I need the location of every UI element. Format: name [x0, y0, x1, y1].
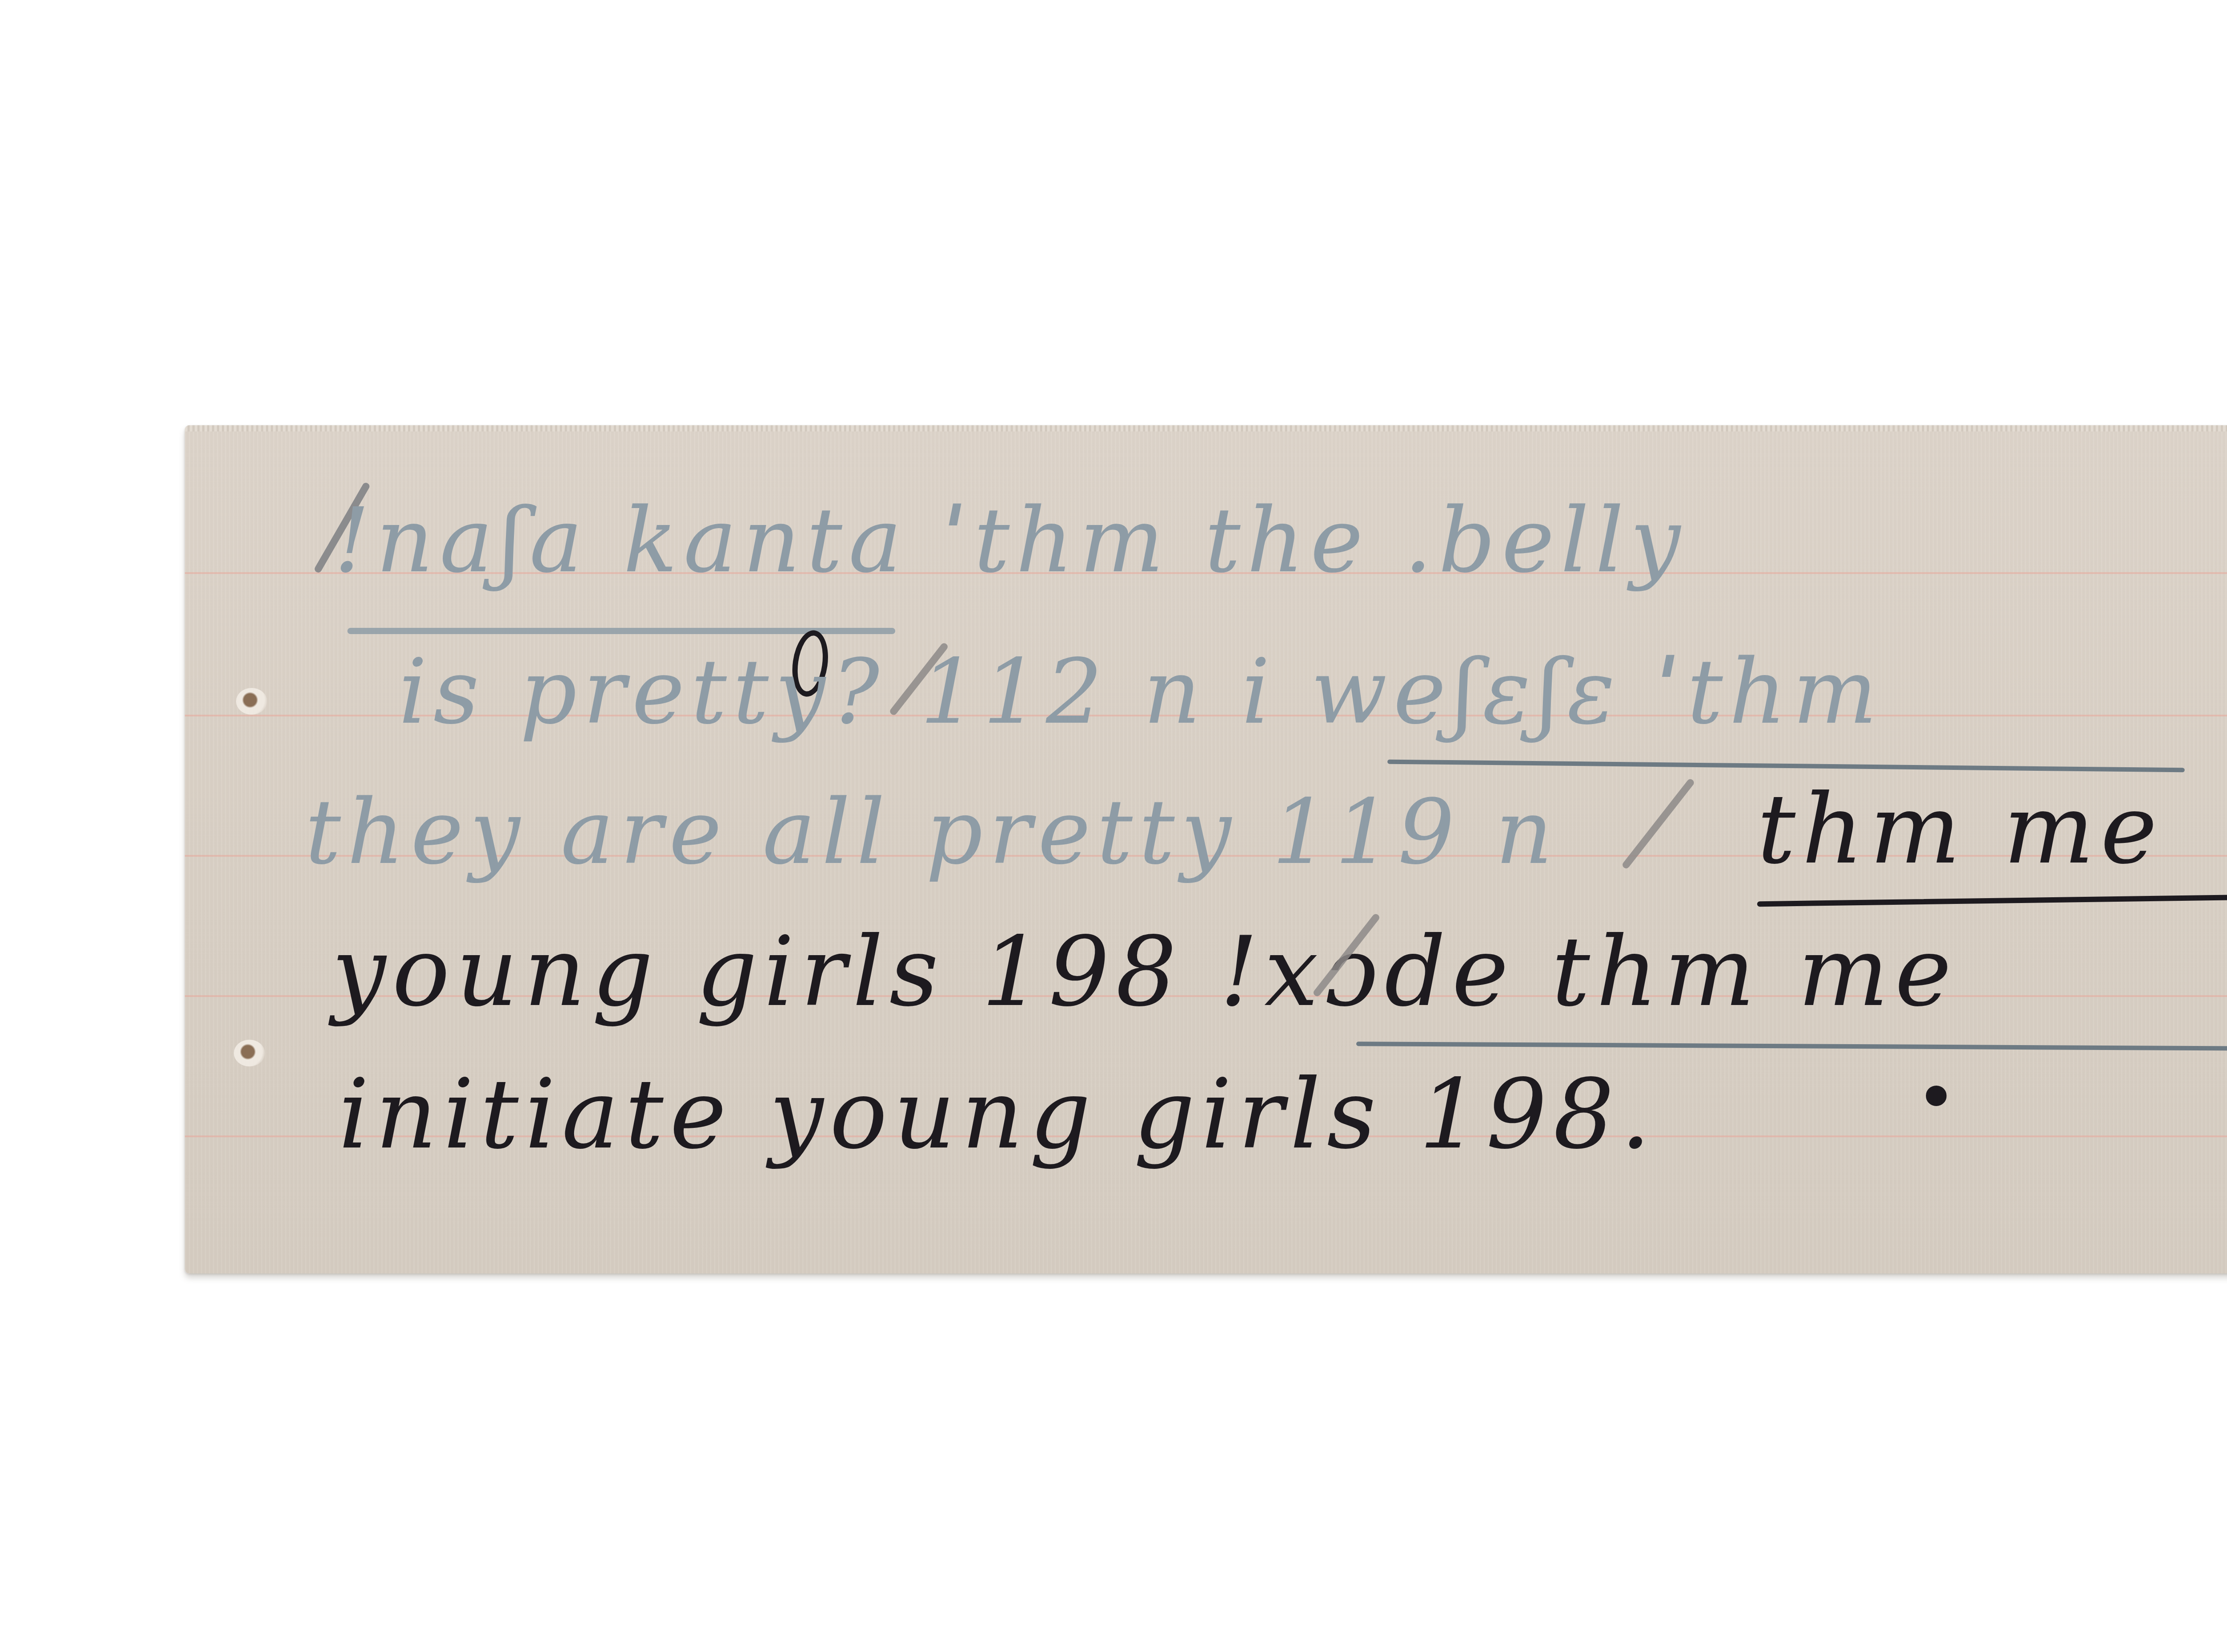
handwritten-line-3: they are all pretty 119 n [305, 788, 1559, 877]
handwritten-line-2: is pretty? 112 n i weʃɛʃɛ ˈthm [399, 648, 1884, 737]
punch-hole-icon [234, 1040, 265, 1066]
punch-hole-icon [236, 688, 267, 715]
handwritten-line-5: initiate young girls 198. [339, 1066, 1657, 1162]
ink-blot-mark: • [1915, 1062, 1957, 1133]
handwritten-line-1: !naʃa kanta ˈthm the .belly [334, 496, 1687, 586]
handwritten-line-4: young girls 198 !xɔde thm me [332, 924, 1958, 1020]
line-4-underline [1356, 1042, 2227, 1051]
index-card: !naʃa kanta ˈthm the .belly is pretty? 1… [185, 425, 2227, 1274]
line-3-underline [1757, 893, 2227, 907]
line-2-underline [1387, 760, 2185, 773]
card-torn-top-edge [185, 425, 2227, 431]
handwritten-line-3-insert: thm me [1757, 781, 2163, 877]
